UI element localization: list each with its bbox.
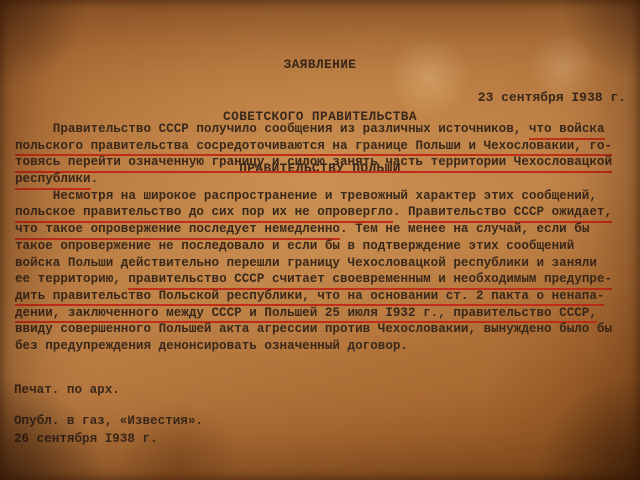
body-line: Правительство СССР получило сообщения из… [15, 121, 632, 138]
body-line: дении, заключенного между СССР и Польшей… [15, 305, 632, 322]
archive-note: Печат. по арх. [14, 383, 120, 397]
text-segment: Несмотря на широкое распространение и тр… [15, 189, 597, 203]
body-line: ввиду совершенного Польшей акта агрессии… [15, 321, 632, 338]
text-segment: . [91, 172, 99, 186]
underlined-segment: что войска [529, 122, 605, 140]
text-segment: ее территорию, [15, 272, 128, 286]
body-line: дить правительство Польской республики, … [15, 288, 632, 305]
title-line-1: ЗАЯВЛЕНИЕ [0, 56, 640, 73]
published-note: Опубл. в газ, «Известия». [14, 414, 203, 428]
body-line: что такое опровержение последует немедле… [15, 221, 632, 238]
text-segment: Правительство СССР получило сообщения из… [15, 122, 529, 136]
body-line: такое опровержение не последовало и если… [15, 238, 632, 255]
published-date: 26 сентября I938 г. [14, 432, 158, 446]
underlined-segment: дить правительство Польской республики, … [15, 289, 604, 307]
text-segment: без предупреждения денонсировать означен… [15, 339, 408, 353]
document-photo: ЗАЯВЛЕНИЕ СОВЕТСКОГО ПРАВИТЕЛЬСТВА ПРАВИ… [0, 0, 640, 480]
text-segment: ввиду совершенного Польшей акта агрессии… [15, 322, 612, 336]
body-line: без предупреждения денонсировать означен… [15, 338, 632, 355]
body-line: товясь перейти означенную границу и сило… [15, 154, 632, 171]
underlined-segment: республики [15, 172, 91, 190]
underlined-segment: товясь перейти означенную границу и сило… [15, 155, 612, 173]
body-line: республики. [15, 171, 632, 188]
document-body: Правительство СССР получило сообщения из… [15, 121, 632, 355]
body-line: Несмотря на широкое распространение и тр… [15, 188, 632, 205]
text-segment: такое опровержение не последовало и если… [15, 239, 574, 253]
body-line: ее территорию, правительство СССР считае… [15, 271, 632, 288]
body-line: войска Польши действительно перешли гран… [15, 255, 632, 272]
text-segment: . [393, 205, 408, 219]
body-line: польского правительства сосредоточиваютс… [15, 138, 632, 155]
text-segment: войска Польши действительно перешли гран… [15, 256, 597, 270]
body-line: польское правительство до сих пор их не … [15, 204, 632, 221]
document-date: 23 сентября I938 г. [478, 90, 626, 105]
text-segment: . Тем не менее на случай, если бы [340, 222, 589, 236]
